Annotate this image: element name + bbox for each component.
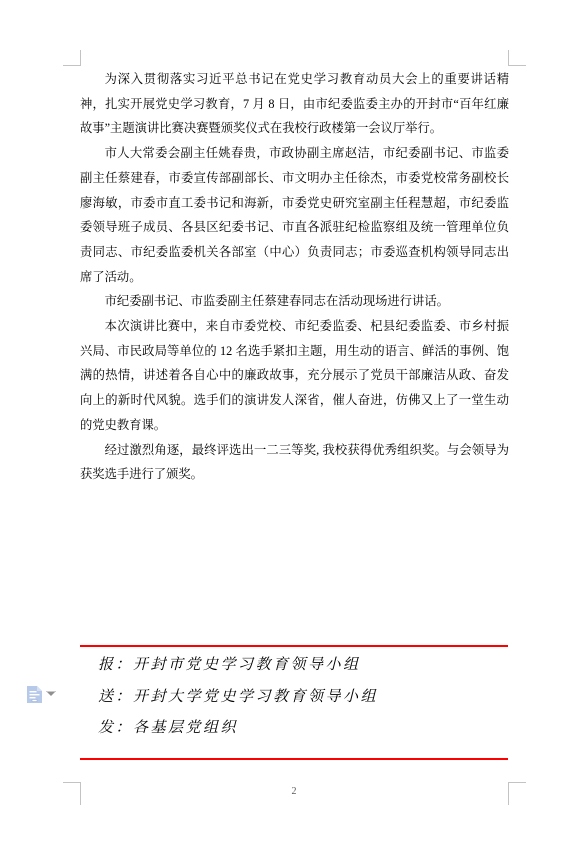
- body-paragraph-5[interactable]: 经过激烈角逐，最终评选出一二三等奖, 我校获得优秀组织奖。与会领导为获奖选手进行…: [80, 438, 509, 487]
- distribution-line-issue[interactable]: 发：各基层党组织: [98, 713, 508, 745]
- text-boundary-mark-top-right: [508, 50, 526, 66]
- distribution-line-send[interactable]: 送：开封大学党史学习教育领导小组: [98, 682, 508, 714]
- body-paragraph-2[interactable]: 市人大常委会副主任姚春贵，市政协副主席赵洁，市纪委副书记、市监委副主任蔡建春，市…: [80, 141, 509, 289]
- page-number: 2: [0, 786, 588, 797]
- distribution-list[interactable]: 报：开封市党史学习教育领导小组 送：开封大学党史学习教育领导小组 发：各基层党组…: [98, 650, 508, 745]
- dropdown-arrow-icon[interactable]: [47, 692, 55, 696]
- red-separator-top: [80, 645, 508, 647]
- text-boundary-mark-top-left: [63, 50, 81, 66]
- body-paragraph-3[interactable]: 市纪委副书记、市监委副主任蔡建春同志在活动现场进行讲话。: [80, 289, 509, 314]
- red-separator-bottom: [80, 758, 508, 760]
- distribution-line-report[interactable]: 报：开封市党史学习教育领导小组: [98, 650, 508, 682]
- document-icon[interactable]: [27, 686, 42, 703]
- document-body[interactable]: 为深入贯彻落实习近平总书记在党史学习教育动员大会上的重要讲话精神，扎实开展党史学…: [80, 67, 509, 487]
- body-paragraph-4[interactable]: 本次演讲比赛中，来自市委党校、市纪委监委、杞县纪委监委、市乡村振兴局、市民政局等…: [80, 314, 509, 438]
- body-paragraph-1[interactable]: 为深入贯彻落实习近平总书记在党史学习教育动员大会上的重要讲话精神，扎实开展党史学…: [80, 67, 509, 141]
- document-page[interactable]: 为深入贯彻落实习近平总书记在党史学习教育动员大会上的重要讲话精神，扎实开展党史学…: [0, 0, 588, 847]
